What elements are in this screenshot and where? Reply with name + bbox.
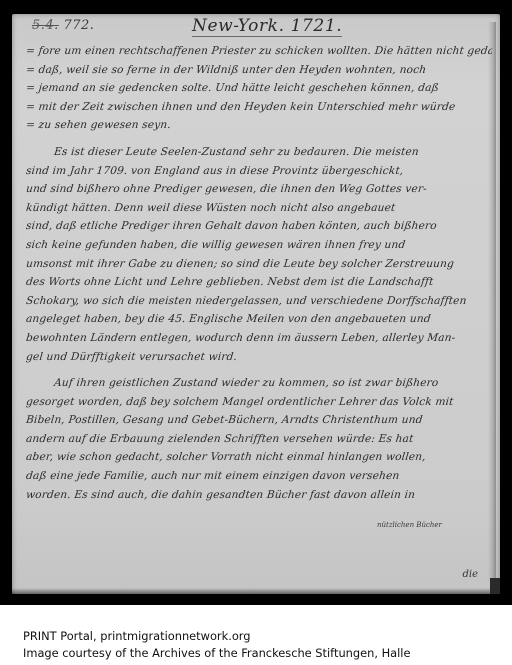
text-line: sind im Jahr 1709. von England aus in di… <box>25 162 493 181</box>
text-line: = fore um einen rechtschaffenen Priester… <box>25 42 493 61</box>
text-line: aber, wie schon gedacht, solcher Vorrath… <box>25 448 493 467</box>
text-line: Es ist dieser Leute Seelen-Zustand sehr … <box>25 143 493 162</box>
text-line: Schokary, wo sich die meisten niedergela… <box>25 292 493 311</box>
text-line: sich keine gefunden haben, die willig ge… <box>25 236 493 255</box>
text-line: bewohnten Ländern entlegen, wodurch denn… <box>25 329 493 348</box>
folio-mark-struck: 5.4. <box>32 18 59 33</box>
text-line: Auf ihren geistlichen Zustand wieder zu … <box>25 374 493 393</box>
page-heading: New-York. 1721. <box>192 16 342 37</box>
text-line: worden. Es sind auch, die dahin gesandte… <box>25 486 493 505</box>
text-line: = jemand an sie gedencken solte. Und hät… <box>25 79 493 98</box>
text-line: daß eine jede Familie, auch nur mit eine… <box>25 467 493 486</box>
text-line: andern auf die Erbauung zielenden Schrif… <box>25 430 493 449</box>
text-line: angeleget haben, bey die 45. Englische M… <box>25 310 493 329</box>
manuscript-page: 5.4. 772. New-York. 1721. = fore um eine… <box>12 14 500 594</box>
interlinear-note: nützlichen Bücher <box>377 521 442 529</box>
text-line: = mit der Zeit zwischen ihnen und den He… <box>25 98 493 117</box>
folio-number: 772. <box>63 18 94 33</box>
text-line: des Worts ohne Licht und Lehre geblieben… <box>25 273 493 292</box>
caption-credit: Image courtesy of the Archives of the Fr… <box>23 645 410 662</box>
text-line: kündigt hätten. Denn weil diese Wüsten n… <box>25 199 493 218</box>
text-line: Bibeln, Postillen, Gesang und Gebet-Büch… <box>25 411 493 430</box>
folio-mark: 5.4. 772. <box>32 18 94 33</box>
text-line: = zu sehen gewesen seyn. <box>25 116 493 135</box>
image-caption: PRINT Portal, printmigrationnetwork.org … <box>23 628 410 662</box>
text-line: gesorget worden, daß bey solchem Mangel … <box>25 393 493 412</box>
text-line: = daß, weil sie so ferne in der Wildniß … <box>25 61 493 80</box>
caption-source: PRINT Portal, printmigrationnetwork.org <box>23 628 410 645</box>
catchword: die <box>462 569 478 580</box>
page-corner <box>490 578 500 594</box>
text-line: sind, daß etliche Prediger ihren Gehalt … <box>25 217 493 236</box>
document-viewer: 5.4. 772. New-York. 1721. = fore um eine… <box>0 0 512 605</box>
text-line: und sind bißhero ohne Prediger gewesen, … <box>25 180 493 199</box>
page-shadow <box>12 588 500 594</box>
text-line: gel und Dürfftigkeit verursachet wird. <box>25 348 493 367</box>
manuscript-text: = fore um einen rechtschaffenen Priester… <box>26 42 492 504</box>
text-line: umsonst mit ihrer Gabe zu dienen; so sin… <box>25 255 493 274</box>
